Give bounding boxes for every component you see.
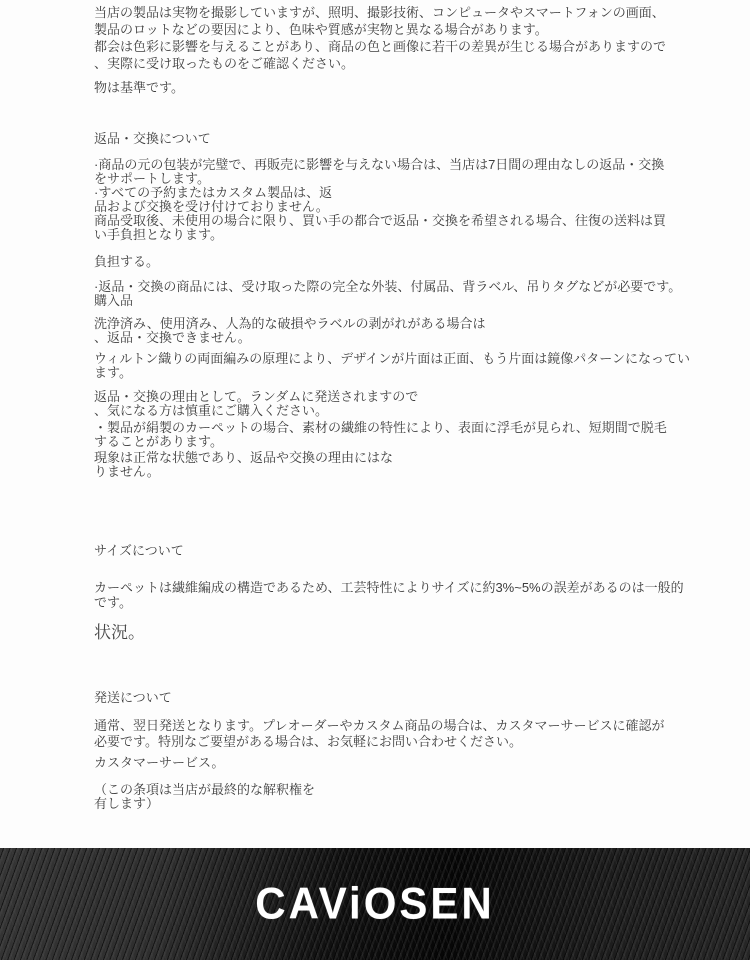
size-section-heading: サイズについて xyxy=(94,542,692,559)
interpretation-rights-disclaimer: （この条項は当店が最終的な解釈権を 有します） xyxy=(94,783,692,811)
product-description-page: 当店の製品は実物を撮影していますが、照明、撮影技術、コンピュータやスマートフォン… xyxy=(0,0,750,960)
returns-condition-item: 返品・交換の理由として。ランダムに発送されますので 、気になる方は慎重にご購入く… xyxy=(94,390,692,418)
size-tolerance-paragraph: カーペットは繊維編成の構造であるため、工芸特性によりサイズに約3%~5%の誤差が… xyxy=(94,580,692,610)
photo-disclaimer-note: 物は基準です。 xyxy=(94,79,692,96)
photo-disclaimer-paragraph: 当店の製品は実物を撮影していますが、照明、撮影技術、コンピュータやスマートフォン… xyxy=(94,4,692,72)
returns-section-heading: 返品・交換について xyxy=(94,130,692,147)
policy-text-content: 当店の製品は実物を撮影していますが、照明、撮影技術、コンピュータやスマートフォン… xyxy=(0,0,750,811)
returns-condition-item: ・製品が絹製のカーペットの場合、素材の繊維の特性により、表面に浮毛が見られ、短期… xyxy=(94,421,692,449)
shipping-section-heading: 発送について xyxy=(94,689,692,706)
returns-policy-paragraph: ·商品の元の包装が完璧で、再販売に影響を与えない場合は、当店は7日間の理由なしの… xyxy=(94,158,692,242)
shipping-policy-paragraph: 通常、翌日発送となります。プレオーダーやカスタム商品の場合は、カスタマーサービス… xyxy=(94,718,692,749)
brand-footer-banner: CAViOSEN xyxy=(0,848,750,960)
caviosen-brand-logo: CAViOSEN xyxy=(255,882,495,926)
size-status-note: 状況。 xyxy=(94,622,692,644)
customer-service-note: カスタマーサービス。 xyxy=(94,755,692,770)
returns-burden-note: 負担する。 xyxy=(94,254,692,269)
returns-condition-item: 洗浄済み、使用済み、人為的な破損やラベルの剥がれがある場合は 、返品・交換できま… xyxy=(94,317,692,345)
returns-condition-item: ウィルトン織りの両面編みの原理により、デザインが片面は正面、もう片面は鏡像パター… xyxy=(94,352,692,380)
returns-condition-item: 現象は正常な状態であり、返品や交換の理由にはな りません。 xyxy=(94,451,692,479)
returns-condition-item: ·返品・交換の商品には、受け取った際の完全な外装、付属品、背ラベル、吊りタグなど… xyxy=(94,280,692,308)
